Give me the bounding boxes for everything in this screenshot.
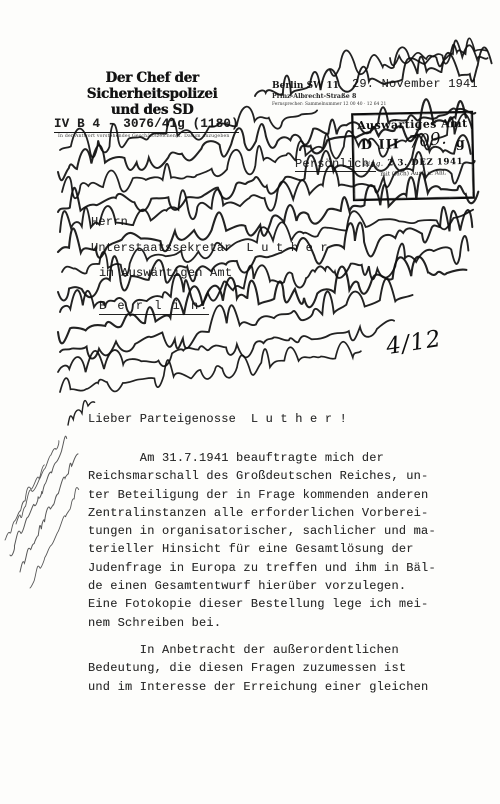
- body-paragraph-2: In Anbetracht der außerordentlichenBedeu…: [88, 641, 428, 696]
- letterhead-sender-line2: und des SD: [46, 102, 258, 118]
- stamp-received-date: eing. 2 3. DEZ 1941: [354, 157, 472, 169]
- handwriting-stroke: [10, 436, 67, 556]
- stamp-received-prefix: eing.: [363, 160, 384, 168]
- body-line: ter Beteiligung der in Frage kommenden a…: [88, 486, 436, 504]
- handwriting-stroke: [390, 38, 487, 65]
- reference-number: IV B 4 - 3076/41g (1180): [54, 117, 239, 133]
- body-line: de einen Gesamtentwurf hierüber vorzuleg…: [88, 577, 436, 595]
- letter-scan-page: Der Chef der Sicherheitspolizei und des …: [0, 0, 500, 804]
- recipient-city: B e r l i n.: [99, 299, 209, 315]
- reference-small-print: In der Antwort vorstehendes Geschäftszei…: [58, 134, 230, 139]
- body-line: Reichsmarschall des Großdeutschen Reiche…: [88, 467, 436, 485]
- handwritten-page-mark: 4/12: [384, 326, 443, 360]
- body-line: Zentralinstanzen alle erforderlichen Vor…: [88, 504, 436, 522]
- body-line: In Anbetracht der außerordentlichen: [88, 641, 428, 659]
- letterhead-sender: Der Chef der Sicherheitspolizei und des …: [46, 70, 258, 118]
- body-line: und im Interesse der Erreichung einer gl…: [88, 678, 428, 696]
- stamp-department: D III: [361, 137, 400, 153]
- stamp-enclosure-note: mit (fach) Ausf. u. Anl.: [354, 170, 472, 178]
- letter-date: 29. November 1941: [352, 77, 478, 91]
- body-line: Eine Fotokopie dieser Bestellung lege ic…: [88, 595, 436, 613]
- body-line: Judenfrage in Europa zu treffen und ihm …: [88, 559, 436, 577]
- letterhead-place: Berlin SW 11: [272, 81, 339, 91]
- body-line: terieller Hinsicht für eine Gesamtlösung…: [88, 540, 436, 558]
- body-line: tungen in organisatorischer, sachlicher …: [88, 522, 436, 540]
- letterhead-phone: Fernsprecher: Sammelnummer 12 00 40 · 12…: [272, 102, 386, 107]
- letterhead-street: Prinz-Albrecht-Straße 8: [272, 93, 356, 100]
- handwriting-stroke: [30, 488, 79, 588]
- handwriting-stroke: [58, 320, 394, 372]
- stamp-handwritten-number: 709.: [398, 127, 456, 154]
- stamp-classification-letter: g: [455, 136, 464, 151]
- letter-salutation: Lieber Parteigenosse L u t h e r !: [88, 412, 347, 426]
- handwriting-stroke: [330, 40, 488, 76]
- stamp-received-date-value: 2 3. DEZ 1941: [387, 157, 463, 169]
- handwriting-stroke: [5, 465, 44, 540]
- handwriting-stroke: [60, 279, 413, 359]
- body-paragraph-1: Am 31.7.1941 beauftragte mich derReichsm…: [88, 449, 436, 632]
- body-line: Am 31.7.1941 beauftragte mich der: [88, 449, 436, 467]
- letterhead-sender-line1: Der Chef der Sicherheitspolizei: [46, 70, 258, 102]
- body-line: Bedeutung, die diesen Fragen zuzumessen …: [88, 659, 428, 677]
- recipient-office: im Auswärtigen Amt: [99, 266, 232, 280]
- auswaertiges-amt-receipt-stamp: Auswärtiges Amt D III 709. g eing. 2 3. …: [351, 111, 475, 202]
- handwriting-stroke: [20, 454, 78, 572]
- handwriting-stroke: [60, 342, 361, 392]
- body-line: nem Schreiben bei.: [88, 614, 436, 632]
- recipient-name: Unterstaatssekretär L u t h e r: [91, 241, 328, 255]
- recipient-salutation: Herrn: [91, 215, 128, 229]
- handwriting-stroke: [16, 441, 59, 524]
